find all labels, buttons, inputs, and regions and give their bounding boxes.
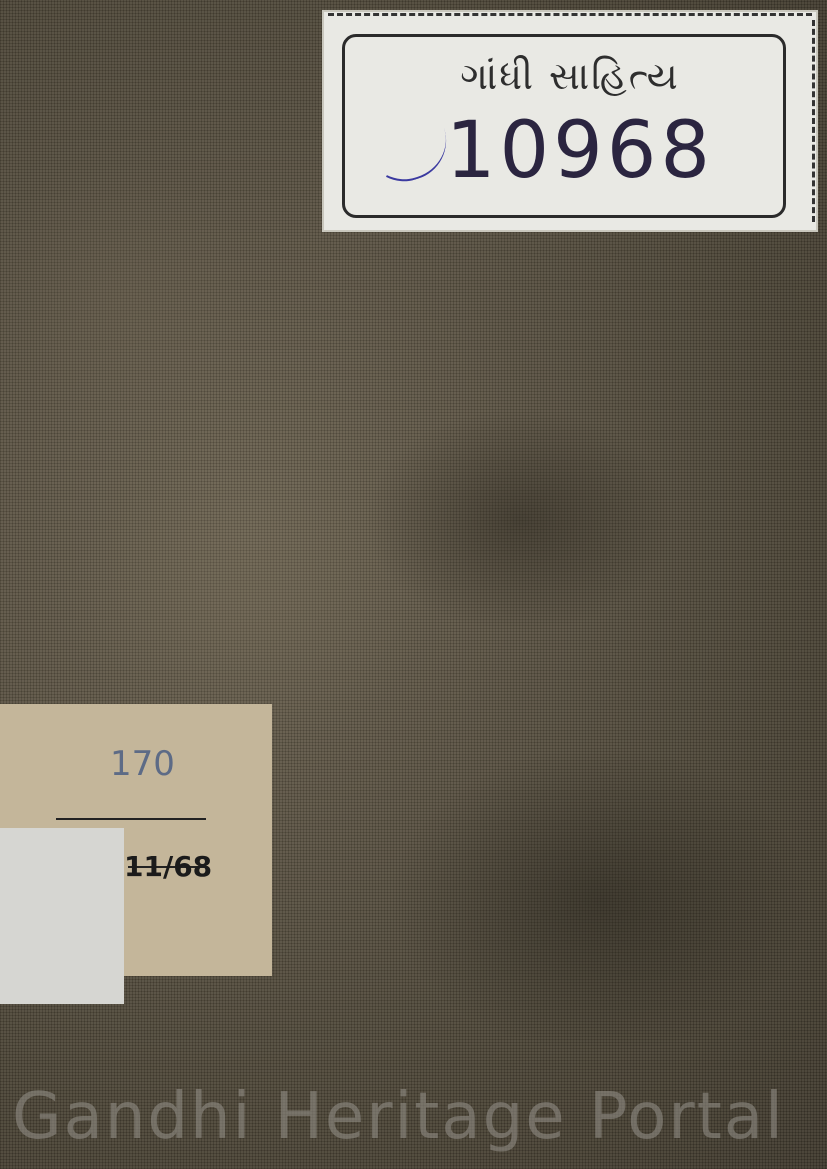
slip-lower-note: 11/68 bbox=[124, 850, 212, 883]
book-cover: ગાંધી સાહિત્ય 10968 170 11/68 Gandhi Her… bbox=[0, 0, 827, 1169]
slip-divider bbox=[56, 818, 206, 820]
collection-name: ગાંધી સાહિત્ય bbox=[322, 54, 818, 99]
white-paper-tab bbox=[0, 828, 124, 1004]
perforated-edge-top bbox=[328, 13, 812, 16]
slip-upper-note: 170 bbox=[110, 744, 175, 784]
library-label: ગાંધી સાહિત્ય 10968 bbox=[322, 10, 818, 232]
watermark: Gandhi Heritage Portal bbox=[12, 1080, 822, 1154]
accession-number: 10968 bbox=[322, 106, 818, 196]
